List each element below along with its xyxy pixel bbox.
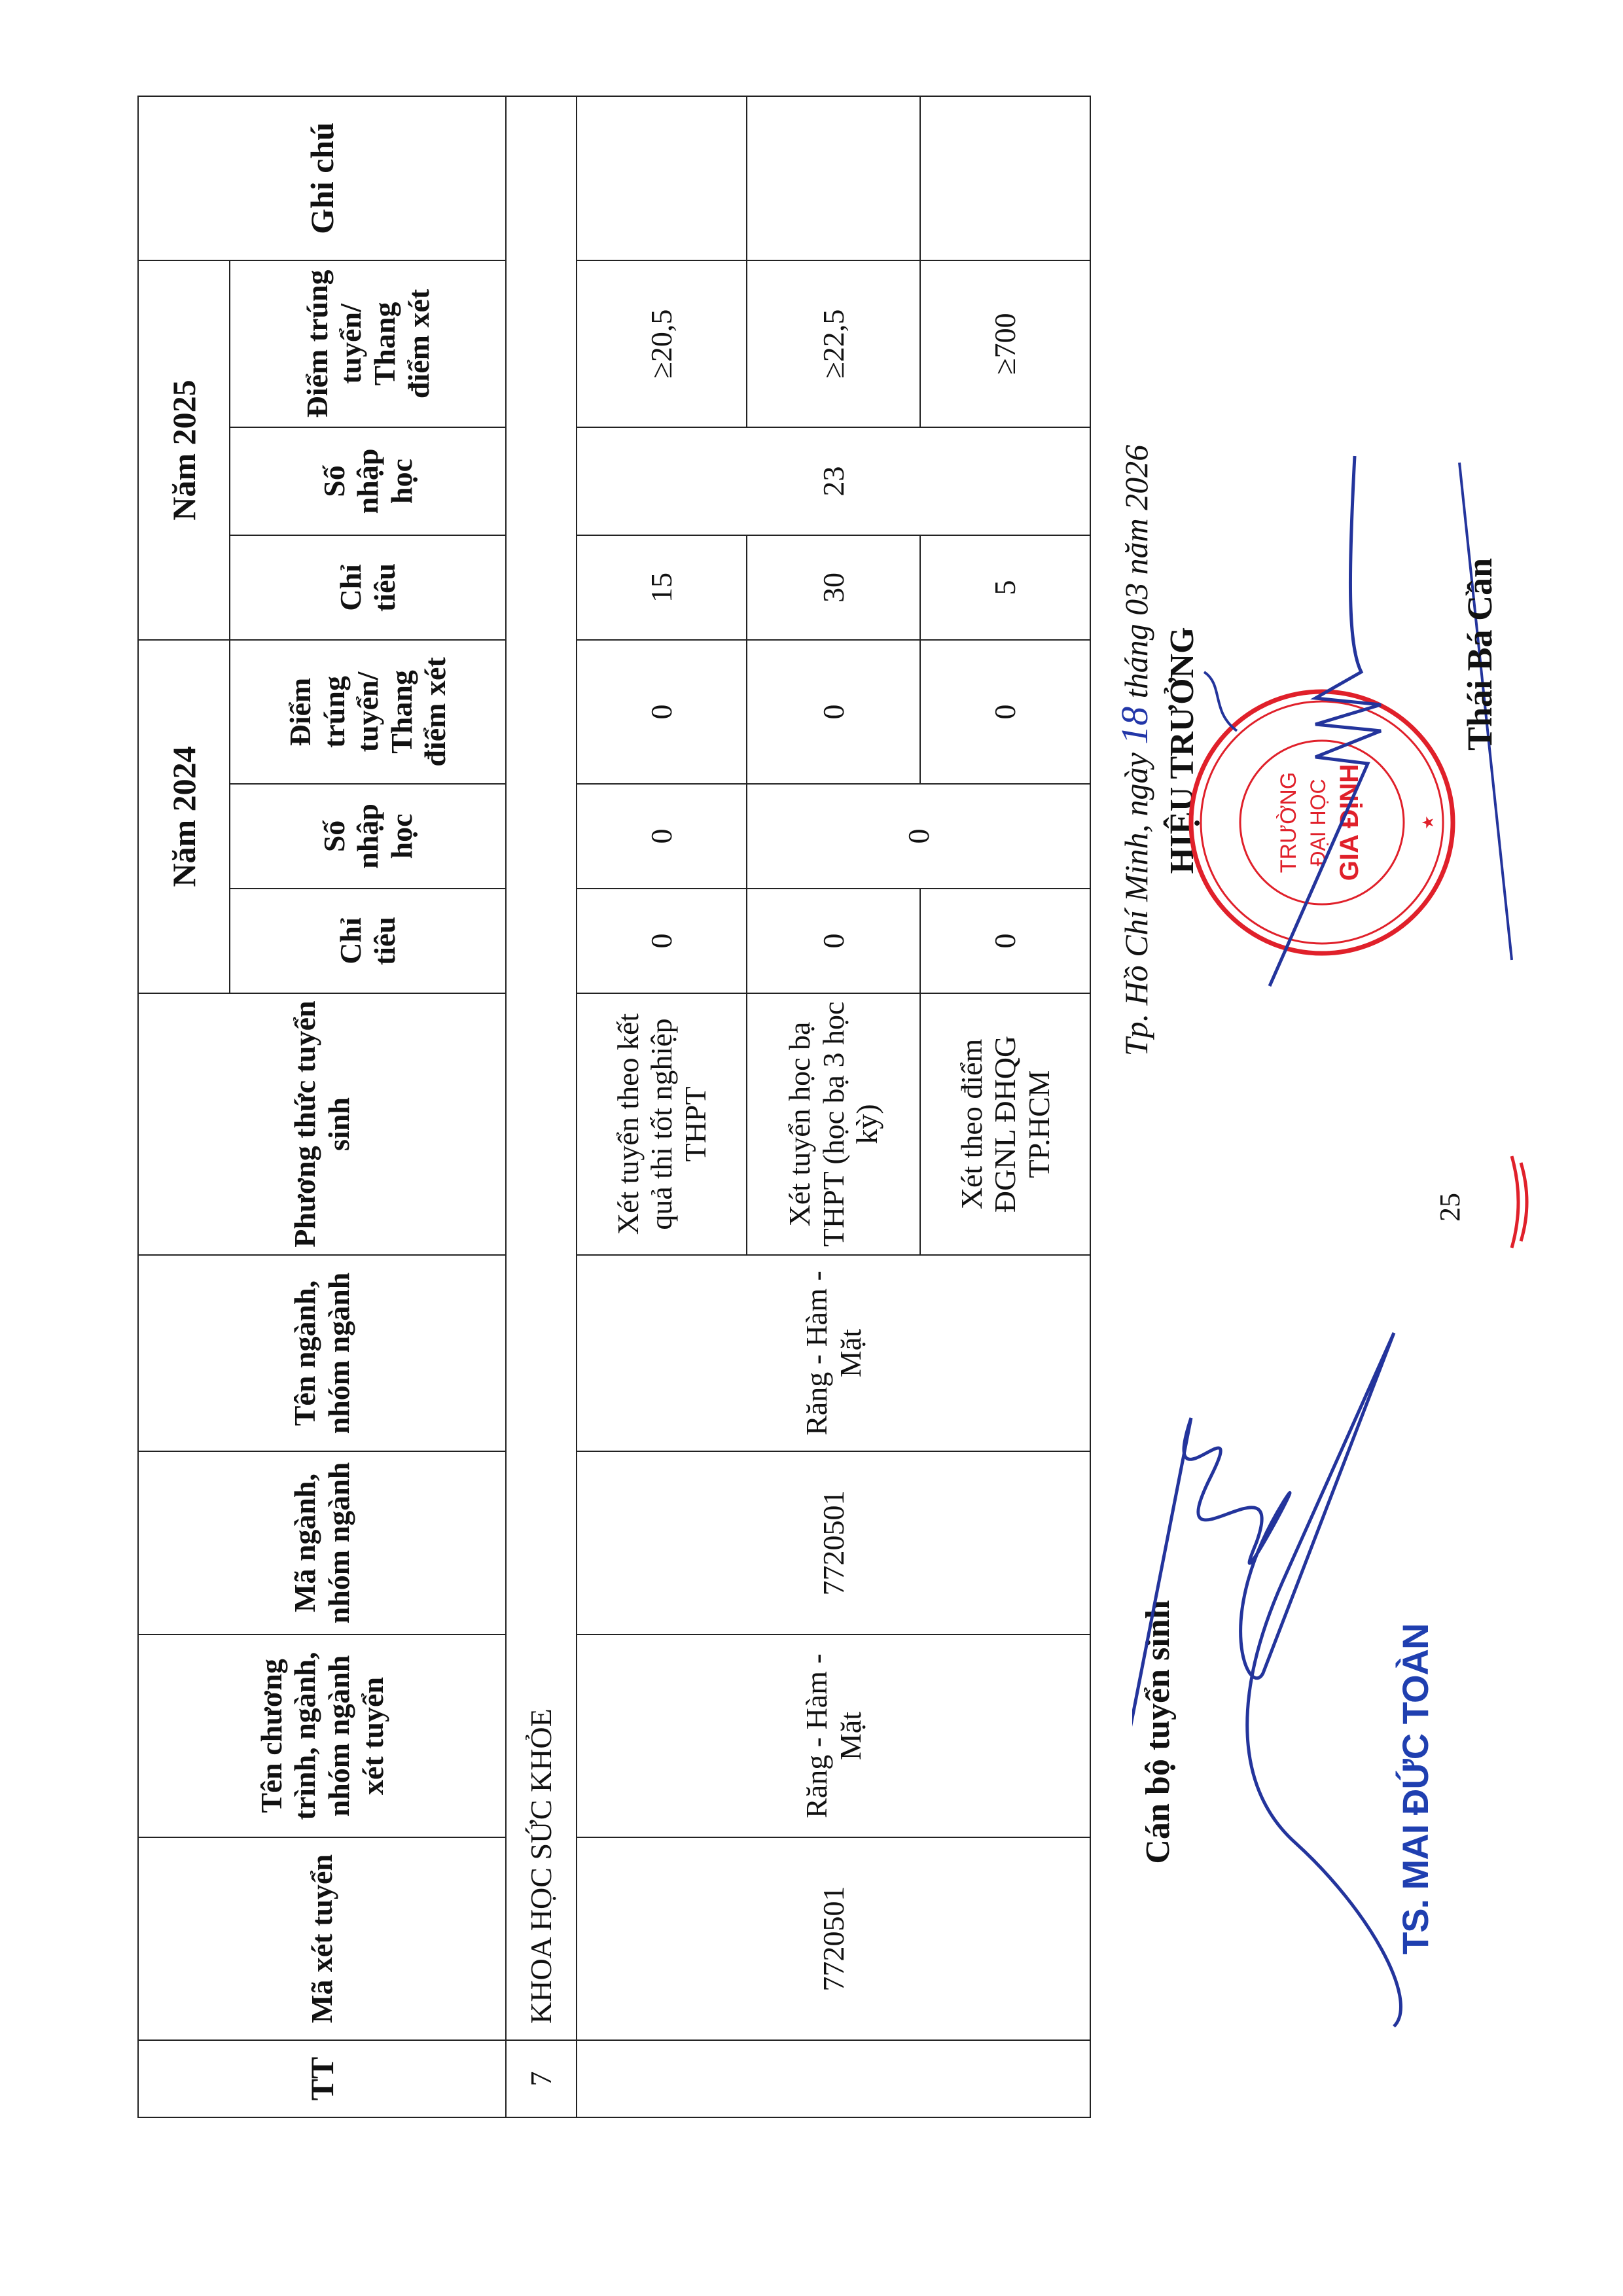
date-month-label: tháng: [1118, 624, 1154, 698]
cell-ma-xet-tuyen: 7720501: [577, 1837, 1090, 2040]
cell-ten-nganh: Răng - Hàm - Mặt: [577, 1255, 1090, 1451]
cell-diem-2024: 0: [920, 640, 1090, 784]
admissions-officer-name: TS. MAI ĐỨC TOÀN: [1394, 1624, 1436, 1954]
cell-so-nhap-hoc-2024-merged: 0: [747, 784, 1090, 889]
cell-chi-tieu-2025: 5: [920, 535, 1090, 640]
date-year-label: năm: [1118, 518, 1154, 574]
date-day: 18: [1113, 707, 1156, 745]
rector-name: Thái Bá Cần: [1459, 558, 1500, 751]
cell-phuong-thuc: Xét tuyển theo kết quả thi tốt nghiệp TH…: [577, 993, 747, 1255]
date-year: 2026: [1118, 445, 1154, 510]
section-row: 7 KHOA HỌC SỨC KHỎE: [506, 96, 577, 2117]
header-chi-tieu-2024: Chỉ tiêu: [230, 889, 506, 993]
cell-chi-tieu-2025: 30: [747, 535, 920, 640]
cell-chi-tieu-2024: 0: [920, 889, 1090, 993]
signing-date: Tp. Hồ Chí Minh, ngày 18 tháng 03 năm 20…: [1113, 260, 1156, 1241]
cell-diem-2024: 0: [577, 640, 747, 784]
admission-table: TT Mã xét tuyển Tên chương trình, ngành,…: [137, 96, 1091, 2118]
page-number: 25: [1433, 1193, 1467, 1222]
cell-diem-2024: 0: [747, 640, 920, 784]
cell-diem-2025: ≥20,5: [577, 260, 747, 427]
header-year-2024: Năm 2024: [138, 640, 230, 993]
cell-ghi-chu: [920, 96, 1090, 260]
cell-so-nhap-hoc-2024: 0: [577, 784, 747, 889]
header-row-years: TT Mã xét tuyển Tên chương trình, ngành,…: [138, 96, 230, 2117]
section-number: 7: [506, 2040, 577, 2117]
header-diem-2025: Điểm trúng tuyển/ Thang điểm xét: [230, 260, 506, 427]
header-ghi-chu: Ghi chú: [138, 96, 506, 260]
cell-ghi-chu: [577, 96, 747, 260]
header-ten-chuong-trinh: Tên chương trình, ngành, nhóm ngành xét …: [138, 1634, 506, 1837]
cell-phuong-thuc: Xét tuyển học bạ THPT (học bạ 3 học kỳ): [747, 993, 920, 1255]
cell-diem-2025: ≥22,5: [747, 260, 920, 427]
cell-chi-tieu-2024: 0: [747, 889, 920, 993]
cell-ten-chuong-trinh: Răng - Hàm - Mặt: [577, 1634, 1090, 1837]
header-so-nhap-hoc-2024: Số nhập học: [230, 784, 506, 889]
date-prefix: Tp. Hồ Chí Minh, ngày: [1118, 752, 1154, 1056]
cell-ma-nganh: 7720501: [577, 1451, 1090, 1634]
header-ma-xet-tuyen: Mã xét tuyển: [138, 1837, 506, 2040]
admission-table-container: TT Mã xét tuyển Tên chương trình, ngành,…: [137, 97, 1090, 2118]
cell-diem-2025: ≥700: [920, 260, 1090, 427]
header-tt: TT: [138, 2040, 506, 2117]
red-mark-icon: [1499, 1150, 1538, 1254]
header-diem-2024: Điểm trúng tuyển/ Thang điểm xét: [230, 640, 506, 784]
header-chi-tieu-2025: Chỉ tiêu: [230, 535, 506, 640]
cell-chi-tieu-2025: 15: [577, 535, 747, 640]
header-so-nhap-hoc-2025: Số nhập học: [230, 427, 506, 535]
date-month: 03: [1118, 583, 1154, 616]
cell-chi-tieu-2024: 0: [577, 889, 747, 993]
table-row: 7720501 Răng - Hàm - Mặt 7720501 Răng - …: [577, 96, 747, 2117]
header-ten-nganh: Tên ngành, nhóm ngành: [138, 1255, 506, 1451]
cell-tt: [577, 2040, 1090, 2117]
cell-phuong-thuc: Xét theo điểm ĐGNL ĐHQG TP.HCM: [920, 993, 1090, 1255]
header-ma-nganh: Mã ngành, nhóm ngành: [138, 1451, 506, 1634]
cell-ghi-chu: [747, 96, 920, 260]
cell-so-nhap-hoc-2025: 23: [577, 427, 1090, 535]
header-year-2025: Năm 2025: [138, 260, 230, 640]
header-phuong-thuc: Phương thức tuyển sinh: [138, 993, 506, 1255]
section-title: KHOA HỌC SỨC KHỎE: [506, 96, 577, 2040]
signature-footer: Cán bộ tuyển sinh TS. MAI ĐỨC TOÀN 25 Tp…: [1106, 97, 1603, 2118]
